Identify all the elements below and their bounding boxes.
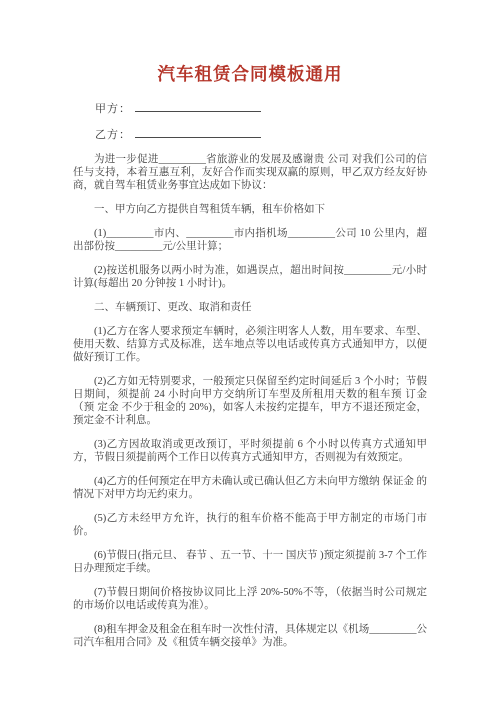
clause-2-7: (7)节假日期间价格按协议同比上浮 20%-50%不等，（依据当时公司规定的市场… xyxy=(73,586,427,612)
clause-1-1: (1)_________市内、_________市内指机场_________公司… xyxy=(73,227,427,253)
section-2-heading: 二、车辆预订、更改、取消和责任 xyxy=(73,301,427,314)
party-b-label: 乙方： xyxy=(95,129,131,141)
section-1-heading: 一、甲方向乙方提供自驾租赁车辆，租车价格如下 xyxy=(73,203,427,216)
clause-2-6: (6)节假日(指元旦、 春节 、五一节、十一 国庆节 )预定须提前 3-7 个工… xyxy=(73,549,427,575)
party-a-blank-line xyxy=(135,101,261,112)
document-title: 汽车租赁合同模板通用 xyxy=(73,61,427,86)
party-a-label: 甲方： xyxy=(95,103,131,115)
clause-2-2: (2)乙方如无特别要求，一般预定只保留至约定时间延后 3 个小时；节假日期间，须… xyxy=(73,375,427,427)
party-a-row: 甲方： xyxy=(73,101,427,116)
document-page: 汽车租赁合同模板通用 甲方： 乙方： 为进一步促进_________省旅游业的发… xyxy=(0,0,500,708)
clause-2-3: (3)乙方因故取消或更改预订，平时须提前 6 个小时以传真方式通知甲方，节假日须… xyxy=(73,438,427,464)
party-b-blank-line xyxy=(135,127,261,138)
clause-2-5: (5)乙方未经甲方允许，执行的租车价格不能高于甲方制定的市场门市价。 xyxy=(73,512,427,538)
clause-2-4: (4)乙方的任何预定在甲方未确认或已确认但乙方未向甲方缴纳 保证金 的情况下对甲… xyxy=(73,475,427,501)
clause-2-8: (8)租车押金及租金在租车时一次性付清，具体规定以《机场_________公司汽… xyxy=(73,623,427,649)
clause-1-2: (2)按送机服务以两小时为准，如遇误点，超出时间按_________元/小时计算… xyxy=(73,264,427,290)
party-b-row: 乙方： xyxy=(73,127,427,142)
clause-2-1: (1)乙方在客人要求预定车辆时，必须注明客人人数，用车要求、车型、使用天数、结算… xyxy=(73,325,427,364)
intro-paragraph: 为进一步促进_________省旅游业的发展及感谢贵 公司 对我们公司的信任与支… xyxy=(73,153,427,192)
